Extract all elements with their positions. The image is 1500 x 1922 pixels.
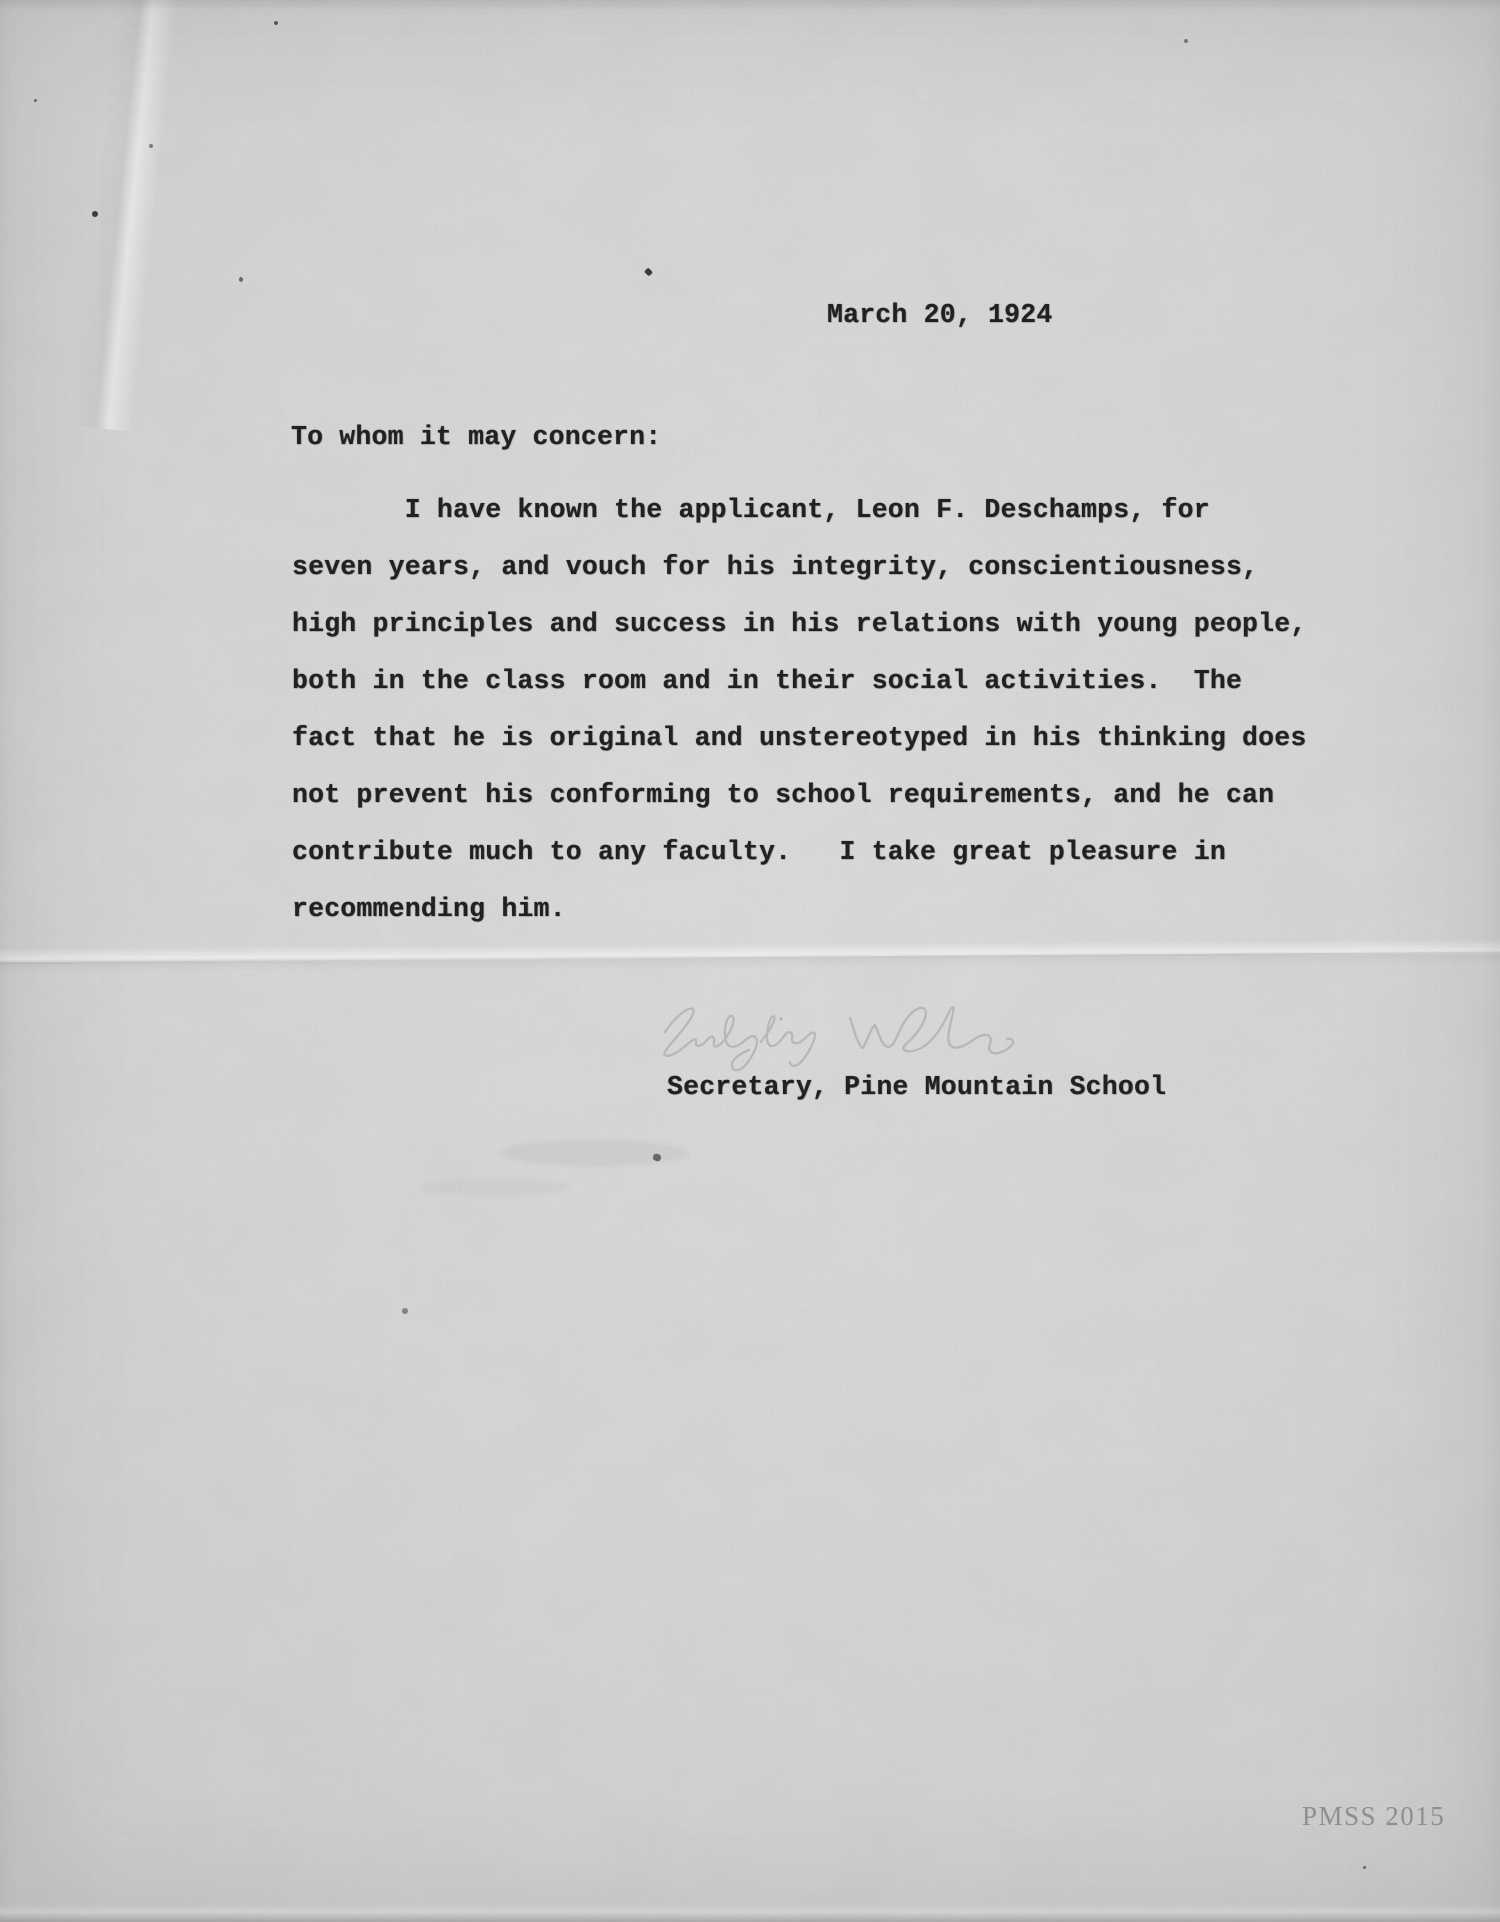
letter-body-line: seven years, and vouch for his integrity… — [292, 539, 1306, 596]
paper-speck — [274, 21, 278, 25]
pencil-smudge — [420, 1178, 570, 1196]
letter-body-line: fact that he is original and unstereotyp… — [292, 710, 1306, 767]
letter-date: March 20, 1924 — [827, 298, 1052, 332]
scan-edge-top — [0, 0, 1500, 10]
paper-speck — [1363, 1866, 1366, 1869]
paper-speck — [34, 99, 37, 102]
letter-body-line: contribute much to any faculty. I take g… — [292, 824, 1306, 881]
watermark: PMSS 2015 — [1302, 1801, 1445, 1832]
paper-speck — [1184, 39, 1188, 43]
pencil-smudge — [500, 1140, 690, 1166]
letter-body-line: recommending him. — [292, 881, 1306, 938]
paper-speck — [149, 144, 153, 148]
paper-crease-topleft — [67, 0, 191, 433]
letter-body-line: not prevent his conforming to school req… — [292, 767, 1306, 824]
letter-body: I have known the applicant, Leon F. Desc… — [292, 482, 1306, 938]
paper-speck — [644, 267, 653, 276]
letter-body-line: I have known the applicant, Leon F. Desc… — [292, 482, 1306, 539]
letter-salutation: To whom it may concern: — [291, 420, 661, 454]
paper-speck — [402, 1308, 408, 1314]
scanned-letter-page: March 20, 1924 To whom it may concern: I… — [0, 0, 1500, 1922]
typed-signature: Secretary, Pine Mountain School — [667, 1070, 1166, 1104]
letter-body-line: high principles and success in his relat… — [292, 596, 1306, 653]
paper-speck — [92, 211, 98, 217]
scan-edge-bottom — [0, 1904, 1500, 1922]
letter-body-line: both in the class room and in their soci… — [292, 653, 1306, 710]
paper-speck — [239, 277, 243, 282]
